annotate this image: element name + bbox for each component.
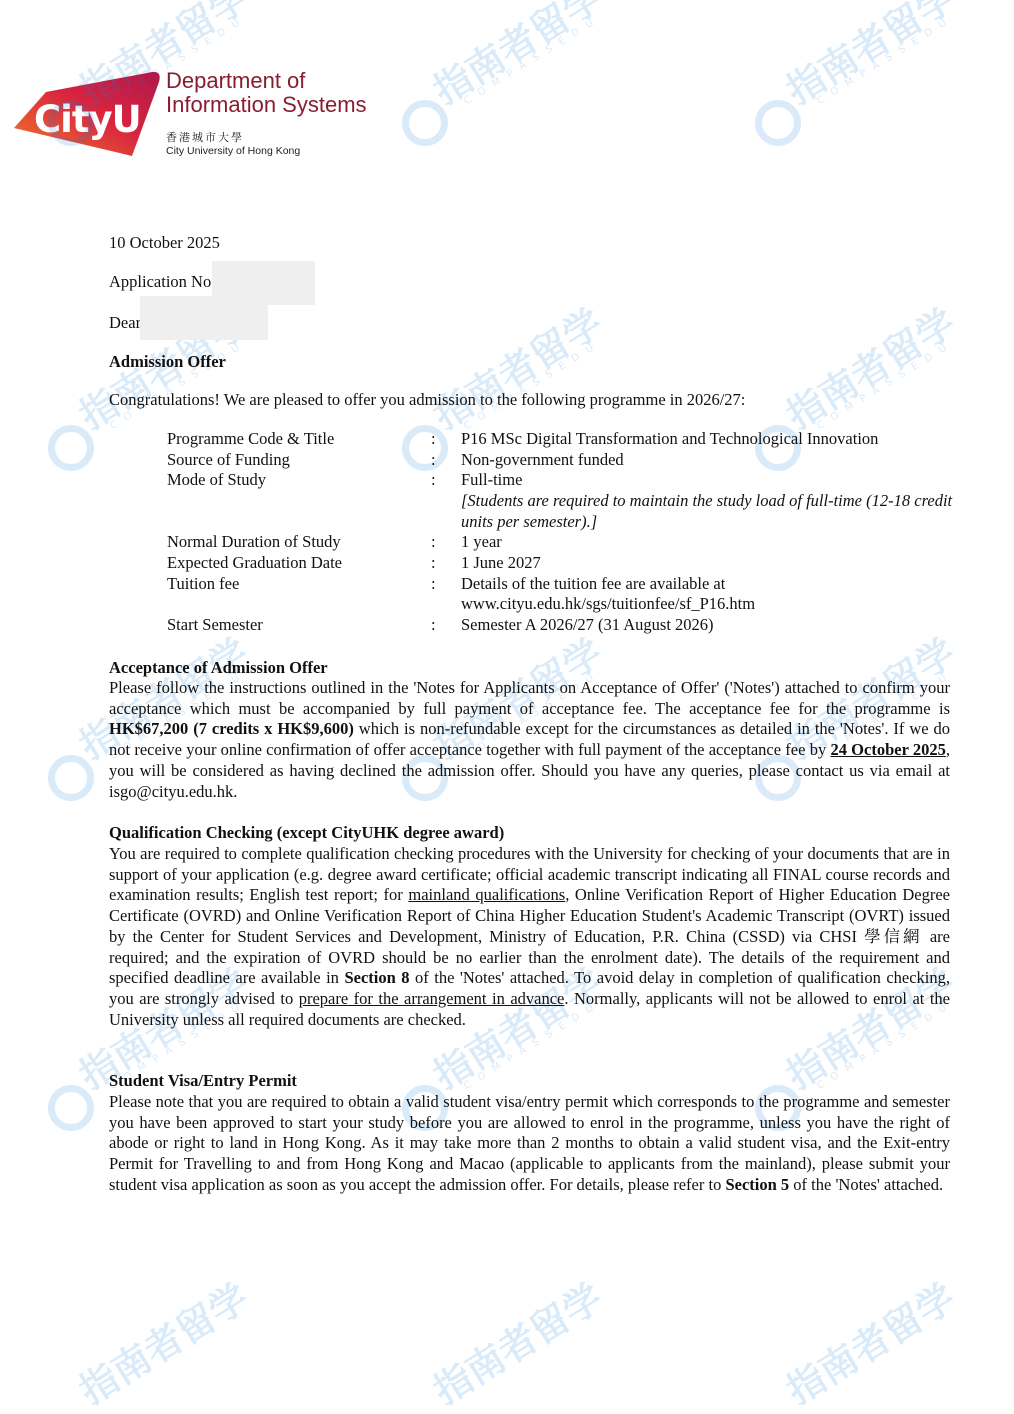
offer-title: Admission Offer — [109, 352, 950, 373]
acceptance-heading: Acceptance of Admission Offer — [109, 658, 950, 679]
letter-date: 10 October 2025 — [109, 233, 950, 254]
prepare-arrangement-link[interactable]: prepare for the arrangement in advance — [299, 989, 565, 1008]
watermark-text: 指南者留学 — [67, 1268, 257, 1414]
detail-colon: : — [431, 553, 436, 574]
visa-heading: Student Visa/Entry Permit — [109, 1071, 950, 1092]
watermark-logo-icon — [48, 425, 94, 471]
watermark-logo-icon — [48, 755, 94, 801]
detail-note-study-load: [Students are required to maintain the s… — [461, 491, 961, 532]
acceptance-fee: HK$67,200 (7 credits x HK$9,600) — [109, 719, 354, 738]
detail-value-funding: Non-government funded — [461, 450, 961, 471]
university-name-cn: 香港城市大學 — [166, 129, 244, 145]
logo-wordmark: CityU — [34, 98, 141, 141]
watermark-text: 指南者留学 — [774, 1268, 964, 1414]
detail-colon: : — [431, 450, 436, 471]
detail-value-graduation: 1 June 2027 — [461, 553, 961, 574]
detail-value-start: Semester A 2026/27 (31 August 2026) — [461, 615, 961, 636]
text: of the 'Notes' attached. — [789, 1175, 943, 1194]
detail-value-programme: P16 MSc Digital Transformation and Techn… — [461, 429, 961, 450]
detail-label: Mode of Study — [167, 470, 266, 491]
detail-label: Normal Duration of Study — [167, 532, 341, 553]
detail-label: Source of Funding — [167, 450, 290, 471]
detail-label: Programme Code & Title — [167, 429, 334, 450]
redacted-name — [140, 296, 268, 340]
watermark-subtext: COMPASSEDU — [462, 13, 603, 107]
department-line-1: Department of — [166, 69, 367, 93]
detail-colon: : — [431, 532, 436, 553]
detail-colon: : — [431, 574, 436, 595]
mainland-qualifications-link[interactable]: mainland qualifications — [408, 885, 565, 904]
acceptance-paragraph: Please follow the instructions outlined … — [109, 678, 950, 802]
detail-colon: : — [431, 615, 436, 636]
watermark-logo-icon — [402, 425, 448, 471]
detail-label: Start Semester — [167, 615, 263, 636]
qualification-paragraph: You are required to complete qualificati… — [109, 844, 950, 1030]
section-reference: Section 8 — [344, 968, 409, 987]
detail-colon: : — [431, 470, 436, 491]
detail-value-mode: Full-time — [461, 470, 961, 491]
detail-value-duration: 1 year — [461, 532, 961, 553]
tuition-fee-link[interactable]: www.cityu.edu.hk/sgs/tuitionfee/sf_P16.h… — [461, 594, 961, 615]
watermark-subtext: COMPASSEDU — [815, 13, 956, 107]
section-reference: Section 5 — [725, 1175, 789, 1194]
letter-page: CityU Department of Information Systems … — [0, 0, 1014, 1414]
detail-colon: : — [431, 429, 436, 450]
watermark-logo-icon — [755, 100, 801, 146]
offer-intro: Congratulations! We are pleased to offer… — [109, 390, 950, 411]
visa-paragraph: Please note that you are required to obt… — [109, 1092, 950, 1196]
department-line-2: Information Systems — [166, 93, 367, 117]
cityu-logo: CityU Department of Information Systems … — [14, 68, 394, 168]
detail-label: Expected Graduation Date — [167, 553, 342, 574]
text: Please follow the instructions outlined … — [109, 678, 950, 718]
watermark-text: 指南者留学 — [774, 0, 964, 115]
department-name: Department of Information Systems — [166, 69, 367, 117]
university-name-en: City University of Hong Kong — [166, 145, 300, 157]
watermark-logo-icon — [48, 1085, 94, 1131]
watermark-logo-icon — [402, 100, 448, 146]
qualification-heading: Qualification Checking (except CityUHK d… — [109, 823, 950, 844]
detail-value-tuition: Details of the tuition fee are available… — [461, 574, 961, 595]
acceptance-deadline: 24 October 2025 — [830, 740, 945, 759]
watermark-text: 指南者留学 — [421, 0, 611, 115]
watermark-text: 指南者留学 — [421, 1268, 611, 1414]
detail-label: Tuition fee — [167, 574, 239, 595]
